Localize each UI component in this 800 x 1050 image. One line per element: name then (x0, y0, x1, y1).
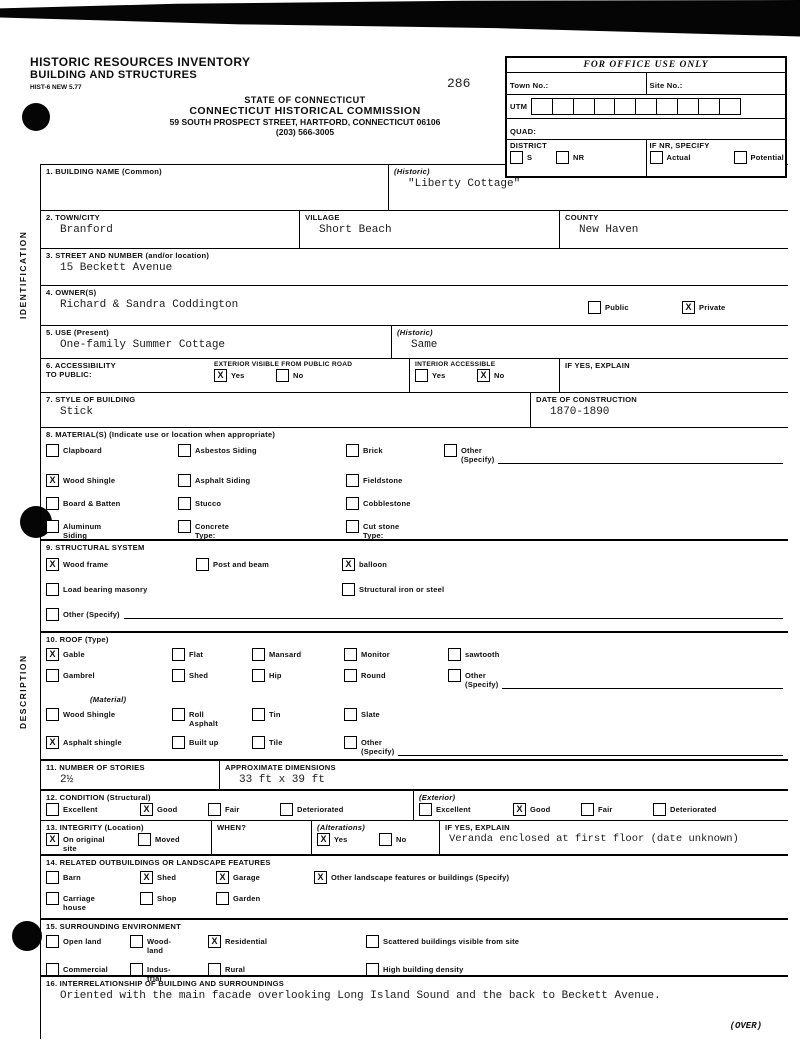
checkbox-label: Asphalt shingle (63, 736, 172, 747)
checkbox-row: YesXNo (415, 368, 554, 383)
checkbox-row: XYesNo (214, 368, 404, 383)
checkbox-wood (130, 935, 143, 948)
option-balloon: Xballoon (342, 558, 783, 571)
option-garage: XGarage (216, 871, 314, 884)
checkbox-private: X (682, 301, 695, 314)
option-load-bearing-masonry: Load bearing masonry (46, 583, 342, 596)
option-yes: XYes (214, 369, 276, 382)
integrity-label: 13. INTEGRITY (Location) (46, 823, 206, 832)
materials-label: 8. MATERIAL(S) (Indicate use or location… (46, 430, 783, 439)
checkbox-deteriorated (653, 803, 666, 816)
checkbox-yes (415, 369, 428, 382)
checkbox-row: ClapboardAsbestos SidingBrickOther(Speci… (46, 439, 783, 469)
checkbox-label: Tin (269, 708, 344, 719)
checkbox-label: Deteriorated (297, 803, 408, 814)
checkbox-aluminum (46, 520, 59, 533)
village-value: Short Beach (319, 224, 554, 236)
construction-date-value: 1870-1890 (550, 406, 783, 418)
option-asphalt-siding: Asphalt Siding (178, 474, 346, 487)
checkbox-label: Monitor (361, 648, 448, 659)
checkbox-monitor (344, 648, 357, 661)
condition-structural-checkboxes: ExcellentXGoodFairDeteriorated (46, 802, 408, 817)
option-private: XPrivate (682, 301, 783, 314)
structural-checkboxes: XWood framePost and beamXballoonLoad bea… (46, 552, 783, 627)
checkbox-yes: X (317, 833, 330, 846)
checkbox-label: Potential (751, 151, 783, 162)
environment-label: 15. SURROUNDING ENVIRONMENT (46, 922, 783, 931)
field-structural-system: 9. STRUCTURAL SYSTEM XWood framePost and… (41, 539, 788, 631)
checkbox-no: X (477, 369, 490, 382)
option-shed: XShed (140, 871, 216, 884)
option-sawtooth: sawtooth (448, 648, 783, 661)
option-roll: RollAsphalt (172, 708, 252, 728)
checkbox-asphalt-shingle: X (46, 736, 59, 749)
checkbox-label: Barn (63, 871, 140, 882)
option-shop: Shop (140, 892, 216, 905)
use-historic-label: (Historic) (397, 328, 783, 337)
checkbox-label: Cobblestone (363, 497, 444, 508)
quad-row: QUAD: (507, 119, 785, 140)
office-use-title: FOR OFFICE USE ONLY (507, 58, 785, 73)
integrity-explain-label: IF YES, EXPLAIN (445, 823, 783, 832)
form-title-line2: BUILDING AND STRUCTURES (30, 69, 250, 81)
checkbox-label: Tile (269, 736, 344, 747)
phone-line: (203) 566-3005 (110, 127, 500, 137)
interior-accessible-checkboxes: YesXNo (415, 368, 554, 383)
option-gambrel: Gambrel (46, 669, 172, 682)
checkbox-row: XGableFlatMansardMonitorsawtooth (46, 644, 783, 665)
checkbox-shed (172, 669, 185, 682)
checkbox-label: Deteriorated (670, 803, 783, 814)
option-fair: Fair (208, 803, 280, 816)
option-no: No (379, 833, 434, 846)
exterior-visible-label: EXTERIOR VISIBLE FROM PUBLIC ROAD (214, 361, 404, 368)
option-deteriorated: Deteriorated (280, 803, 408, 816)
checkbox-label: Flat (189, 648, 252, 659)
site-no-cell: Site No.: (646, 73, 786, 94)
checkbox-stucco (178, 497, 191, 510)
option-no: No (276, 369, 404, 382)
checkbox-sawtooth (448, 648, 461, 661)
checkbox-label: Excellent (63, 803, 140, 814)
roof-label: 10. ROOF (Type) (46, 635, 783, 644)
option-round: Round (344, 669, 448, 682)
hole-punch (12, 921, 42, 951)
checkbox-load-bearing-masonry (46, 583, 59, 596)
checkbox-row: ExcellentXGoodFairDeteriorated (419, 802, 783, 817)
field-roof: 10. ROOF (Type) XGableFlatMansardMonitor… (41, 631, 788, 759)
owners-label: 4. OWNER(S) (46, 288, 578, 297)
checkbox-label: Hip (269, 669, 344, 680)
checkbox-mansard (252, 648, 265, 661)
sidebar-description-label: DESCRIPTION (18, 612, 34, 772)
checkbox-fieldstone (346, 474, 359, 487)
option-wood-frame: XWood frame (46, 558, 196, 571)
checkbox-row: GambrelShedHipRoundOther(Specify) (46, 665, 783, 693)
checkbox-structural-iron-or-steel (342, 583, 355, 596)
checkbox-label: Yes (432, 369, 477, 380)
checkbox-label: Asbestos Siding (195, 444, 346, 455)
option-fair: Fair (581, 803, 653, 816)
nr-checkboxes: ActualPotential (650, 150, 783, 165)
option-potential: Potential (734, 151, 783, 164)
utm-cell (719, 98, 741, 115)
integrity-checkboxes: XOn originalsiteMoved (46, 832, 206, 854)
option-scattered-buildings-visible-from-site: Scattered buildings visible from site (366, 935, 783, 948)
checkbox-label: Moved (155, 833, 206, 844)
checkbox-row: Open landWood-landXResidentialScattered … (46, 931, 783, 959)
field-environment: 15. SURROUNDING ENVIRONMENT Open landWoo… (41, 918, 788, 975)
checkbox-on-original: X (46, 833, 59, 846)
checkbox-label: Other(Specify) (461, 444, 783, 464)
checkbox-row: ExcellentXGoodFairDeteriorated (46, 802, 408, 817)
checkbox-label: Scattered buildings visible from site (383, 935, 783, 946)
checkbox-wood-shingle (46, 708, 59, 721)
option-nr: NR (556, 151, 643, 164)
checkbox-other-specify (46, 608, 59, 621)
outbuildings-label: 14. RELATED OUTBUILDINGS OR LANDSCAPE FE… (46, 858, 783, 867)
site-no-label: Site No.: (650, 81, 683, 90)
handwritten-page-number: 286 (447, 76, 470, 91)
condition-exterior-label: (Exterior) (419, 793, 783, 802)
checkbox-row: XOn originalsiteMoved (46, 832, 206, 854)
checkbox-public (588, 301, 601, 314)
when-label: WHEN? (217, 823, 306, 832)
checkbox-gable: X (46, 648, 59, 661)
checkbox-label: Shop (157, 892, 216, 903)
utm-cell (614, 98, 636, 115)
checkbox-label: Other (Specify) (63, 608, 783, 619)
option-moved: Moved (138, 833, 206, 846)
option-fieldstone: Fieldstone (346, 474, 444, 487)
address-line: 59 SOUTH PROSPECT STREET, HARTFORD, CONN… (110, 117, 500, 127)
checkbox-open-land (46, 935, 59, 948)
option-good: XGood (140, 803, 208, 816)
checkbox-label: AluminumSiding (63, 520, 178, 540)
option-mansard: Mansard (252, 648, 344, 661)
option-good: XGood (513, 803, 581, 816)
county-value: New Haven (579, 224, 783, 236)
option-asphalt-shingle: XAsphalt shingle (46, 736, 172, 749)
field-condition: 12. CONDITION (Structural) ExcellentXGoo… (41, 789, 788, 820)
checkbox-gambrel (46, 669, 59, 682)
checkbox-row: BarnXShedXGarageXOther landscape feature… (46, 867, 783, 888)
field-stories-dimensions: 11. NUMBER OF STORIES 2½ APPROXIMATE DIM… (41, 759, 788, 789)
option-shed: Shed (172, 669, 252, 682)
checkbox-label: Actual (667, 151, 734, 162)
stories-label: 11. NUMBER OF STORIES (46, 763, 214, 772)
hole-punch (22, 103, 50, 131)
checkbox-yes: X (214, 369, 227, 382)
exterior-visible-checkboxes: XYesNo (214, 368, 404, 383)
checkbox-label: Garage (233, 871, 314, 882)
accessibility-label: 6. ACCESSIBILITY TO PUBLIC: (46, 361, 204, 379)
checkbox-good: X (140, 803, 153, 816)
roof-type-checkboxes: XGableFlatMansardMonitorsawtoothGambrelS… (46, 644, 783, 693)
option-cobblestone: Cobblestone (346, 497, 444, 510)
checkbox-label: Gable (63, 648, 172, 659)
accessibility-explain-label: IF YES, EXPLAIN (565, 361, 783, 370)
option-yes: XYes (317, 833, 379, 846)
checkbox-label: NR (573, 151, 643, 162)
option-built-up: Built up (172, 736, 252, 749)
checkbox-row: Board & BattenStuccoCobblestone (46, 492, 783, 515)
checkbox-label: Fair (598, 803, 653, 814)
use-historic-value: Same (411, 339, 783, 351)
checkbox-row: CarriagehouseShopGarden (46, 888, 783, 916)
option-board-batten: Board & Batten (46, 497, 178, 510)
checkbox-label: Post and beam (213, 558, 342, 569)
checkbox-label: Excellent (436, 803, 513, 814)
option-garden: Garden (216, 892, 314, 905)
field-owners: 4. OWNER(S) Richard & Sandra Coddington … (41, 285, 788, 325)
checkbox-fair (581, 803, 594, 816)
checkbox-garden (216, 892, 229, 905)
checkbox-label: Good (530, 803, 581, 814)
utm-cell (635, 98, 657, 115)
utm-cell (531, 98, 553, 115)
checkbox-label: Built up (189, 736, 252, 747)
checkbox-label: No (494, 369, 554, 380)
checkbox-label: Wood Shingle (63, 474, 178, 485)
street-label: 3. STREET AND NUMBER (and/or location) (46, 251, 783, 260)
checkbox-good: X (513, 803, 526, 816)
checkbox-label: Wood Shingle (63, 708, 172, 719)
checkbox-label: Fair (225, 803, 280, 814)
utm-cell (698, 98, 720, 115)
checkbox-label: sawtooth (465, 648, 783, 659)
condition-structural-label: 12. CONDITION (Structural) (46, 793, 408, 802)
town-no-cell: Town No.: (507, 73, 646, 94)
checkbox-label: Fieldstone (363, 474, 444, 485)
option-other-specify: Other (Specify) (46, 608, 783, 621)
checkbox-actual (650, 151, 663, 164)
checkbox-round (344, 669, 357, 682)
checkbox-asphalt-siding (178, 474, 191, 487)
option-brick: Brick (346, 444, 444, 457)
option-other: Other(Specify) (344, 736, 783, 756)
interrelationship-value: Oriented with the main facade overlookin… (60, 990, 783, 1002)
utm-cell (656, 98, 678, 115)
alterations-label: (Alterations) (317, 823, 434, 832)
checkbox-row: Load bearing masonryStructural iron or s… (46, 577, 783, 602)
checkbox-label: RollAsphalt (189, 708, 252, 728)
district-cell: DISTRICT SNR (507, 140, 646, 176)
checkbox-nr (556, 151, 569, 164)
checkbox-row: Other (Specify) (46, 602, 783, 627)
checkbox-cut-stone (346, 520, 359, 533)
option-s: S (510, 151, 556, 164)
checkbox-row: XWood ShingleAsphalt SidingFieldstone (46, 469, 783, 492)
condition-exterior-checkboxes: ExcellentXGoodFairDeteriorated (419, 802, 783, 817)
checkbox-label: High building density (383, 963, 783, 974)
checkbox-label: Clapboard (63, 444, 178, 455)
district-label: DISTRICT (510, 141, 643, 150)
checkbox-built-up (172, 736, 185, 749)
checkbox-label: Garden (233, 892, 314, 903)
checkbox-row: XWood framePost and beamXballoon (46, 552, 783, 577)
utm-cell (594, 98, 616, 115)
office-use-box: FOR OFFICE USE ONLY Town No.: Site No.: … (505, 56, 787, 178)
roof-material-label: (Material) (90, 695, 783, 704)
blank-line (398, 748, 783, 756)
option-aluminum: AluminumSiding (46, 520, 178, 540)
building-name-value: "Liberty Cottage" (408, 178, 783, 190)
field-integrity: 13. INTEGRITY (Location) XOn originalsit… (41, 820, 788, 854)
town-value: Branford (60, 224, 294, 236)
field-accessibility: 6. ACCESSIBILITY TO PUBLIC: EXTERIOR VIS… (41, 358, 788, 392)
field-street-number: 3. STREET AND NUMBER (and/or location) 1… (41, 248, 788, 285)
option-public: Public (588, 301, 682, 314)
checkbox-no (276, 369, 289, 382)
option-structural-iron-or-steel: Structural iron or steel (342, 583, 783, 596)
blank-line (498, 456, 783, 464)
sidebar-identification-label: IDENTIFICATION (18, 195, 34, 355)
option-asbestos-siding: Asbestos Siding (178, 444, 346, 457)
style-value: Stick (60, 406, 525, 418)
option-concrete: ConcreteType: (178, 520, 346, 540)
checkbox-label: Mansard (269, 648, 344, 659)
checkbox-clapboard (46, 444, 59, 457)
checkbox-excellent (419, 803, 432, 816)
nr-specify-label: IF NR, SPECIFY (650, 141, 783, 150)
checkbox-label: Wood frame (63, 558, 196, 569)
checkbox-garage: X (216, 871, 229, 884)
dimensions-value: 33 ft x 39 ft (239, 774, 783, 786)
checkbox-cobblestone (346, 497, 359, 510)
checkbox-asbestos-siding (178, 444, 191, 457)
checkbox-label: No (396, 833, 434, 844)
town-no-label: Town No.: (510, 81, 548, 90)
utm-cell (552, 98, 574, 115)
construction-date-label: DATE OF CONSTRUCTION (536, 395, 783, 404)
option-cut-stone: Cut stoneType: (346, 520, 783, 540)
checkbox-potential (734, 151, 747, 164)
option-other: Other(Specify) (444, 444, 783, 464)
checkbox-flat (172, 648, 185, 661)
street-value: 15 Beckett Avenue (60, 262, 783, 274)
checkbox-row: SNR (510, 150, 643, 165)
checkbox-brick (346, 444, 359, 457)
option-excellent: Excellent (46, 803, 140, 816)
building-name-label: 1. BUILDING NAME (Common) (46, 167, 383, 176)
option-yes: Yes (415, 369, 477, 382)
checkbox-scattered-buildings-visible-from-site (366, 935, 379, 948)
district-checkboxes: SNR (510, 150, 643, 165)
checkbox-post-and-beam (196, 558, 209, 571)
checkbox-row: XYesNo (317, 832, 434, 847)
checkbox-no (379, 833, 392, 846)
option-on-original: XOn originalsite (46, 833, 138, 853)
blank-line (124, 611, 783, 619)
checkbox-other (444, 444, 457, 457)
checkbox-tile (252, 736, 265, 749)
state-line: STATE OF CONNECTICUT (110, 95, 500, 105)
interior-accessible-label: INTERIOR ACCESSIBLE (415, 361, 554, 368)
option-excellent: Excellent (419, 803, 513, 816)
checkbox-label: Carriagehouse (63, 892, 140, 912)
checkbox-label: Open land (63, 935, 130, 946)
field-interrelationship: 16. INTERRELATIONSHIP OF BUILDING AND SU… (41, 975, 788, 1039)
checkbox-label: Stucco (195, 497, 346, 508)
checkbox-carriage (46, 892, 59, 905)
checkbox-residential: X (208, 935, 221, 948)
field-style: 7. STYLE OF BUILDING Stick DATE OF CONST… (41, 392, 788, 427)
checkbox-label: Shed (189, 669, 252, 680)
checkbox-label: Yes (334, 833, 379, 844)
checkbox-label: Rural (225, 963, 366, 974)
checkbox-label: Round (361, 669, 448, 680)
checkbox-label: Good (157, 803, 208, 814)
checkbox-row: ActualPotential (650, 150, 783, 165)
option-wood: Wood-land (130, 935, 208, 955)
option-post-and-beam: Post and beam (196, 558, 342, 571)
town-label: 2. TOWN/CITY (46, 213, 294, 222)
checkbox-row: PublicXPrivate (588, 301, 783, 314)
checkbox-label: Load bearing masonry (63, 583, 342, 594)
option-residential: XResidential (208, 935, 366, 948)
utm-cell (573, 98, 595, 115)
checkbox-deteriorated (280, 803, 293, 816)
checkbox-label: On originalsite (63, 833, 138, 853)
roof-material-checkboxes: Wood ShingleRollAsphaltTinSlateXAsphalt … (46, 704, 783, 760)
checkbox-label: Structural iron or steel (359, 583, 783, 594)
option-actual: Actual (650, 151, 734, 164)
checkbox-label: Slate (361, 708, 783, 719)
checkbox-roll (172, 708, 185, 721)
checkbox-label: Gambrel (63, 669, 172, 680)
checkbox-s (510, 151, 523, 164)
option-clapboard: Clapboard (46, 444, 178, 457)
checkbox-label: Other landscape features or buildings (S… (331, 871, 783, 882)
option-tile: Tile (252, 736, 344, 749)
option-hip: Hip (252, 669, 344, 682)
alterations-checkboxes: XYesNo (317, 832, 434, 847)
checkbox-label: Commercial (63, 963, 130, 974)
checkbox-other (344, 736, 357, 749)
inventory-form: 1. BUILDING NAME (Common) (Historic) "Li… (40, 164, 788, 1039)
checkbox-concrete (178, 520, 191, 533)
option-carriage: Carriagehouse (46, 892, 140, 912)
checkbox-other (448, 669, 461, 682)
checkbox-wood-frame: X (46, 558, 59, 571)
option-monitor: Monitor (344, 648, 448, 661)
checkbox-label: Residential (225, 935, 366, 946)
checkbox-label: S (527, 151, 556, 162)
over-note: (OVER) (730, 1021, 762, 1031)
scan-artifact-bar (0, 0, 800, 38)
option-wood-shingle: Wood Shingle (46, 708, 172, 721)
village-label: VILLAGE (305, 213, 554, 222)
option-gable: XGable (46, 648, 172, 661)
checkbox-fair (208, 803, 221, 816)
utm-cells (531, 98, 739, 115)
field-use: 5. USE (Present) One-family Summer Cotta… (41, 325, 788, 358)
outbuildings-checkboxes: BarnXShedXGarageXOther landscape feature… (46, 867, 783, 916)
checkbox-label: Other(Specify) (465, 669, 783, 689)
checkbox-label: Shed (157, 871, 216, 882)
form-code: HIST-6 NEW 5.77 (30, 84, 250, 91)
option-slate: Slate (344, 708, 783, 721)
checkbox-label: ConcreteType: (195, 520, 346, 540)
option-other: Other(Specify) (448, 669, 783, 689)
field-outbuildings: 14. RELATED OUTBUILDINGS OR LANDSCAPE FE… (41, 854, 788, 918)
checkbox-row: XAsphalt shingleBuilt upTileOther(Specif… (46, 732, 783, 760)
checkbox-shop (140, 892, 153, 905)
checkbox-label: No (293, 369, 404, 380)
quad-label: QUAD: (510, 127, 536, 136)
option-no: XNo (477, 369, 554, 382)
